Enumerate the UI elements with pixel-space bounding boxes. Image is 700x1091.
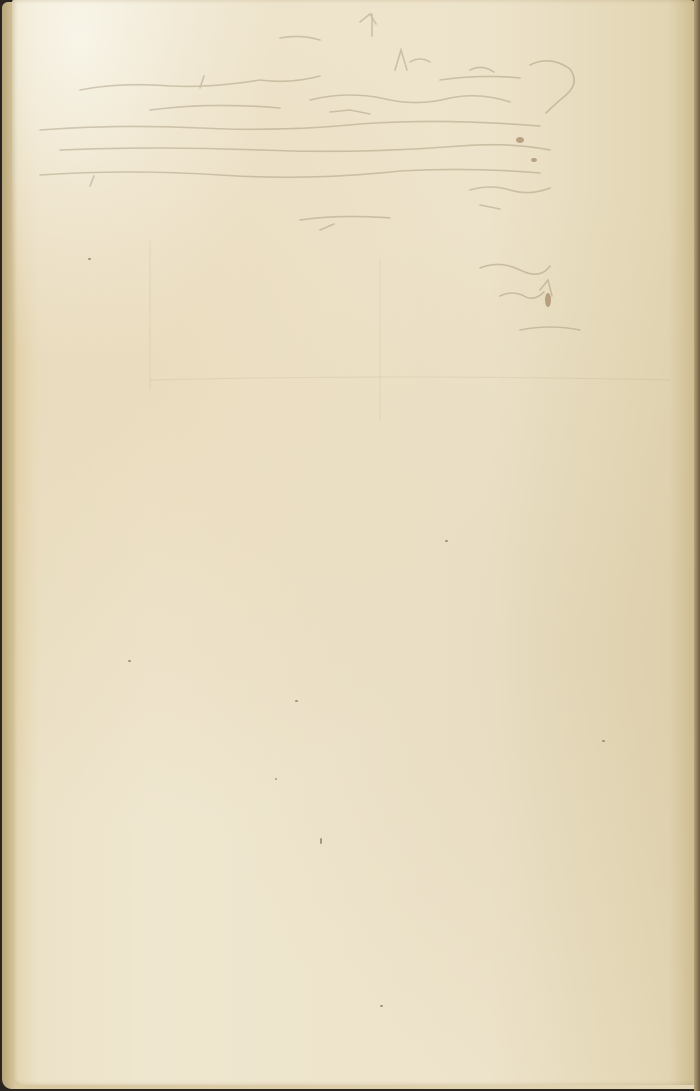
manuscript-page bbox=[12, 0, 696, 1085]
paper-speck bbox=[445, 540, 448, 542]
paper-speck bbox=[88, 258, 91, 260]
paper-speck bbox=[128, 660, 131, 662]
page-right-edge bbox=[694, 0, 700, 1091]
paper-speck bbox=[602, 740, 605, 742]
paper-speck bbox=[295, 700, 298, 702]
paper-speck bbox=[380, 1005, 383, 1007]
paper-speck bbox=[320, 838, 322, 844]
paper-speck bbox=[275, 778, 277, 780]
